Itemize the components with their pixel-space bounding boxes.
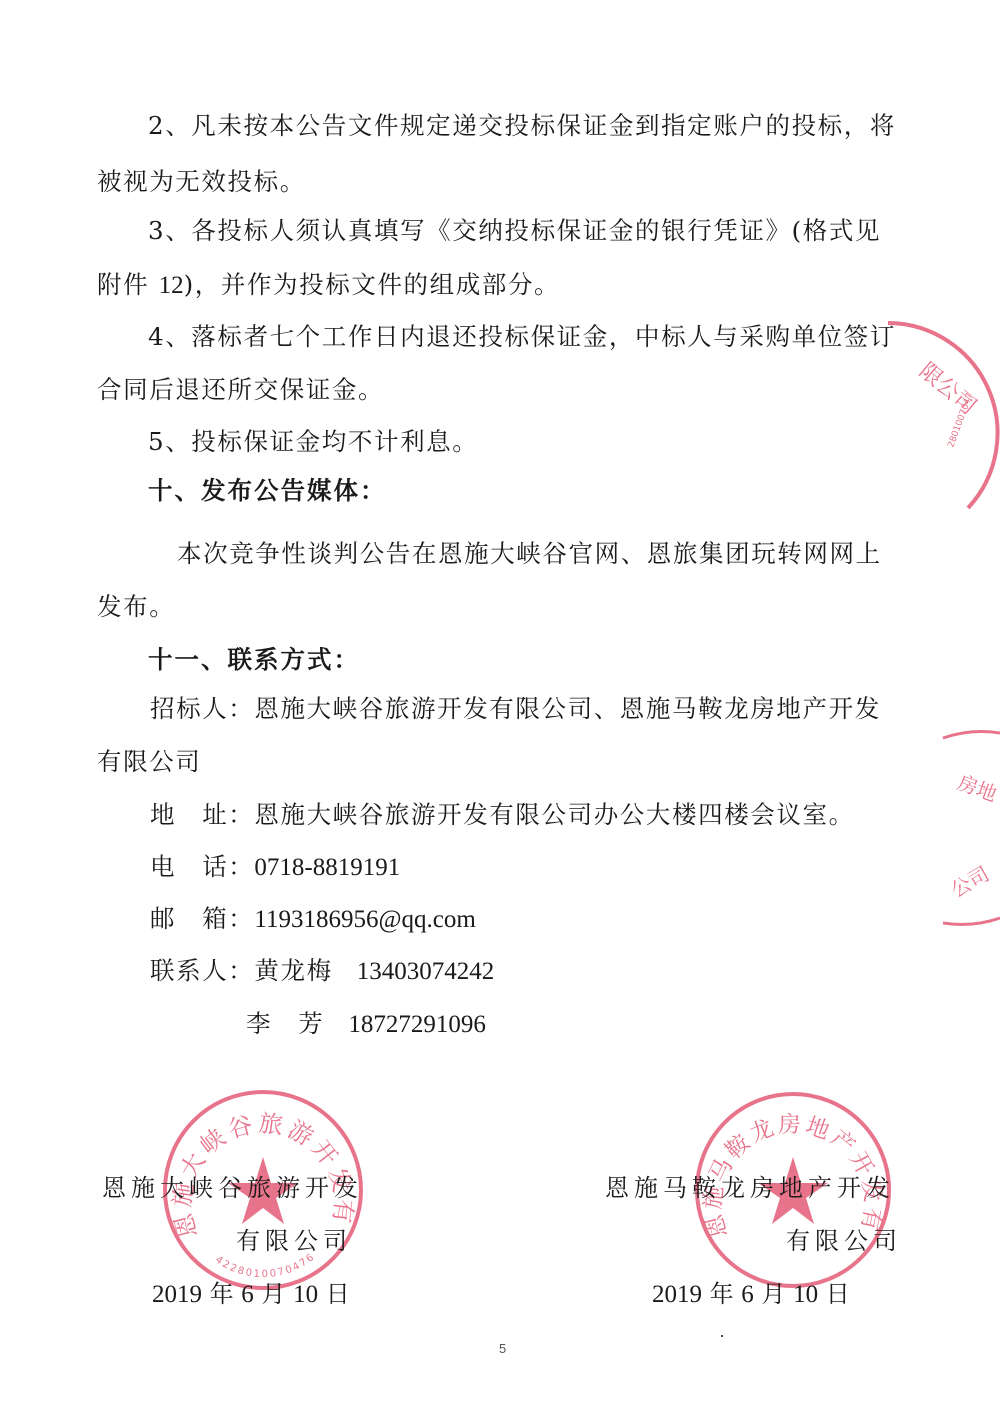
section-10-heading: 十、发布公告媒体： [148, 476, 387, 506]
phone-row: 电 话：0718-8819191 [150, 852, 400, 883]
item-2-line-1: 2、凡未按本公告文件规定递交投标保证金到指定账户的投标，将 [148, 111, 896, 141]
address-label: 地 址： [150, 800, 254, 829]
contact-label: 联系人： [150, 956, 254, 985]
section-10-body-line-2: 发布。 [97, 592, 175, 622]
item-3-suffix: )，并作为投标文件的组成部分。 [184, 270, 561, 299]
svg-text:公司: 公司 [947, 862, 994, 903]
scan-speck [721, 1335, 723, 1337]
address-value: 恩施大峡谷旅游开发有限公司办公大楼四楼会议室。 [254, 800, 854, 829]
signature-right-line-2: 有限公司 [786, 1226, 902, 1256]
seam-seal-middle-icon: 房地 公司 [938, 728, 1000, 928]
tenderer-value: 恩施大峡谷旅游开发有限公司、恩施马鞍龙房地产开发 [254, 694, 880, 723]
svg-text:房地: 房地 [954, 770, 1000, 806]
signature-left-line-1: 恩施大峡谷旅游开发 [102, 1173, 363, 1203]
contact-name: 黄龙梅 [254, 956, 332, 985]
email-label: 邮 箱： [150, 904, 254, 933]
item-3-prefix: 附件 [97, 270, 149, 299]
item-2-line-2: 被视为无效投标。 [97, 167, 306, 197]
item-3-num: 12 [159, 272, 184, 299]
item-3-line-1: 3、各投标人须认真填写《交纳投标保证金的银行凭证》(格式见 [148, 216, 881, 246]
section-10-body-line-1: 本次竞争性谈判公告在恩施大峡谷官网、恩旅集团玩转网网上 [177, 539, 882, 569]
svg-text:恩施大峡谷旅游开发有限公司: 恩施大峡谷旅游开发有限公司 [158, 1085, 358, 1241]
contact-phone: 13403074242 [357, 958, 495, 985]
page-number: 5 [499, 1341, 506, 1356]
item-5: 5、投标保证金均不计利息。 [148, 427, 478, 457]
phone-value: 0718-8819191 [254, 854, 400, 881]
contact-phone: 18727291096 [348, 1011, 486, 1038]
email-row: 邮 箱：1193186956@qq.com [150, 904, 476, 935]
contact-row-2: 李 芳18727291096 [246, 1009, 486, 1040]
contact-row-1: 联系人：黄龙梅13403074242 [150, 956, 494, 987]
svg-text:限公司: 限公司 [914, 358, 981, 420]
address-row: 地 址：恩施大峡谷旅游开发有限公司办公大楼四楼会议室。 [150, 800, 855, 830]
phone-label: 电 话： [150, 852, 254, 881]
svg-text:恩施马鞍龙房地产开发有限公司: 恩施马鞍龙房地产开发有限公司 [688, 1085, 886, 1241]
tenderer-label: 招标人： [150, 694, 254, 723]
signature-right-line-1: 恩施马鞍龙房地产开发 [605, 1173, 895, 1203]
email-value: 1193186956@qq.com [254, 906, 475, 933]
item-4-line-1: 4、落标者七个工作日内退还投标保证金，中标人与采购单位签订 [148, 322, 896, 352]
signature-left-date: 2019 年 6 月 10 日 [152, 1279, 350, 1310]
seam-seal-top-icon: 限公司 2801007047 [878, 318, 1000, 518]
signature-left-line-2: 有限公司 [236, 1226, 352, 1256]
item-3-line-2: 附件 12)，并作为投标文件的组成部分。 [97, 270, 560, 301]
contact-name: 李 芳 [246, 1009, 324, 1038]
section-11-heading: 十一、联系方式： [148, 645, 360, 675]
tenderer-line-1: 招标人：恩施大峡谷旅游开发有限公司、恩施马鞍龙房地产开发 [150, 694, 881, 724]
item-4-line-2: 合同后退还所交保证金。 [97, 375, 384, 405]
signature-right-date: 2019 年 6 月 10 日 [652, 1279, 850, 1310]
tenderer-line-2: 有限公司 [97, 747, 201, 777]
